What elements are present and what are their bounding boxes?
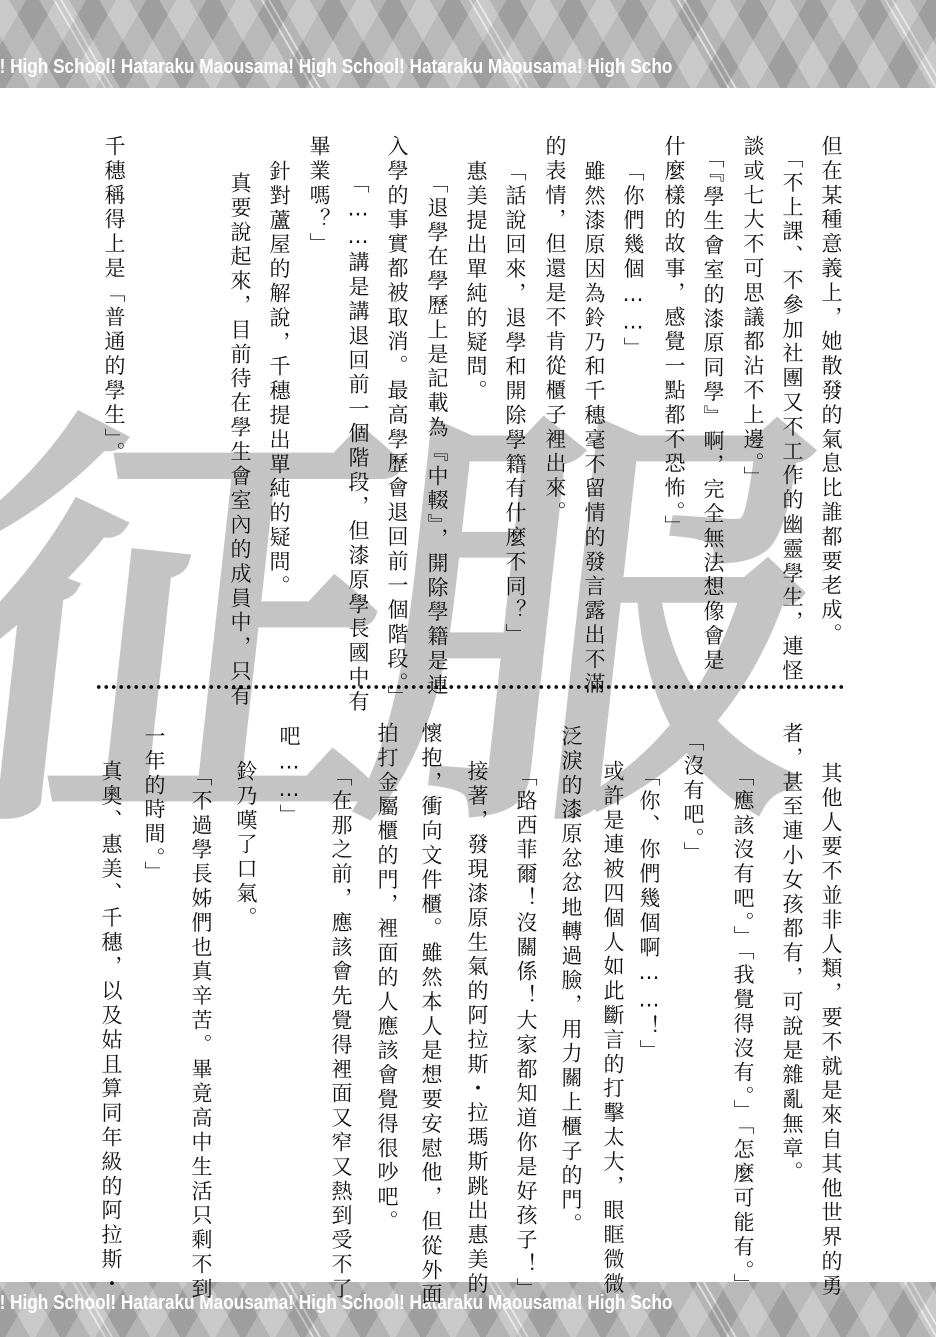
text-column: 「『學生會室的漆原同學』啊，完全無法想像會是 <box>700 147 726 673</box>
text-column: 談或七大不可思議都沾不上邊。」 <box>740 135 766 491</box>
text-column: 但在某種意義上，她散發的氣息比誰都要老成。 <box>818 135 844 647</box>
text-column: 真奧、惠美、千穗，以及姑且算同年級的阿拉斯・ <box>98 760 124 1297</box>
text-column: 者，甚至連小女孩都有，可說是雜亂無章。 <box>779 722 805 1186</box>
text-column: 泛淚的漆原忿忿地轉過臉，用力關上櫃子的門。 <box>558 725 584 1237</box>
text-column: 拍打金屬櫃的門，裡面的人應該會覺得很吵吧。 <box>374 722 400 1234</box>
text-column: 「你、你們幾個啊……！」 <box>636 765 662 1064</box>
text-column: 「不上課、不參加社團又不工作的幽靈學生，連怪 <box>779 147 805 684</box>
text-column: 「你們幾個……」 <box>620 160 646 361</box>
text-column: 「沒有吧。」 <box>680 730 706 866</box>
text-column: 鈴乃嘆了口氣。 <box>233 760 259 931</box>
text-column: 針對蘆屋的解說，千穗提出單純的疑問。 <box>266 160 292 599</box>
text-column: 「退學在學歷上是記載為『中輟』，開除學籍是連 <box>424 172 450 698</box>
text-column: 惠美提出單純的疑問。 <box>463 160 489 404</box>
text-column: 「話說回來，退學和開除學籍有什麼不同？」 <box>502 160 528 648</box>
text-column: 入學的事實都被取消。最高學歷會退回前一個階段。」 <box>384 135 410 710</box>
dotted-separator <box>95 684 845 690</box>
text-column: 吧……」 <box>276 725 302 829</box>
text-column: 其他人要不並非人類，要不就是來自其他世界的勇 <box>818 762 844 1299</box>
header-banner: a! High School! Hataraku Maousama! High … <box>0 0 936 88</box>
text-column: 懷抱，衝向文件櫃。雖然本人是想要安慰他，但從外面 <box>418 722 444 1308</box>
text-column: 「在那之前，應該會先覺得裡面又窄又熱到受不了 <box>328 765 354 1302</box>
text-column: 畢業嗎？」 <box>306 135 332 257</box>
banner-title: a! High School! Hataraku Maousama! High … <box>0 56 672 79</box>
text-column: 或許是連被四個人如此斷言的打擊太大，眼眶微微 <box>600 760 626 1297</box>
text-column: 接著，發現漆原生氣的阿拉斯・拉瑪斯跳出惠美的 <box>464 760 490 1297</box>
text-column: 一年的時間。」 <box>141 725 167 885</box>
text-column: 「應該沒有吧。」「我覺得沒有。」「怎麼可能有。」 <box>730 765 756 1298</box>
text-column: 的表情，但還是不肯從櫃子裡出來。 <box>542 135 568 525</box>
text-column: 什麼樣的故事，感覺一點都不恐怖。」 <box>661 135 687 539</box>
text-column: 真要說起來，目前待在學生會室內的成員中，只有 <box>227 172 253 709</box>
text-column: 「……講是講退回前一個階段，但漆原學長國中有 <box>345 172 371 715</box>
text-column: 「路西菲爾！沒關係！大家都知道你是好孩子！」 <box>513 765 539 1302</box>
text-column: 千穗稱得上是「普通的學生」。 <box>101 135 127 466</box>
text-column: 雖然漆原因為鈴乃和千穗毫不留情的發言露出不滿 <box>581 160 607 697</box>
text-column: 「不過學長姊們也真辛苦。畢竟高中生活只剩不到 <box>188 765 214 1302</box>
